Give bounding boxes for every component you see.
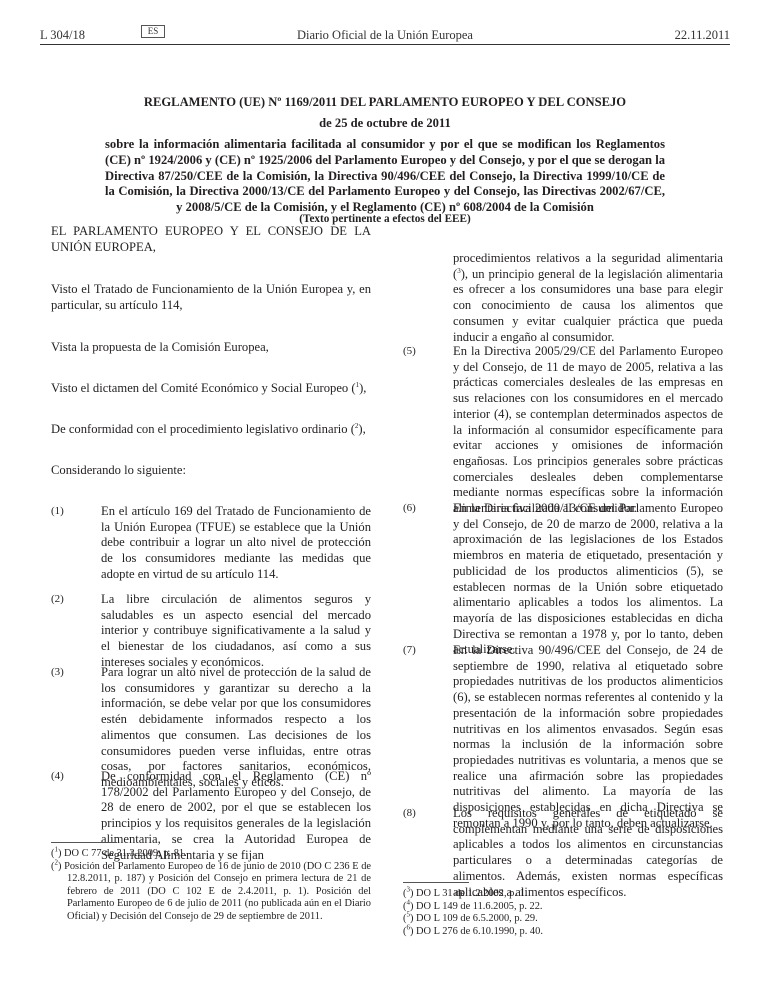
header-rule — [40, 44, 730, 45]
footnote-1: (1) DO C 77 de 31.3.2009, p. 81. — [51, 848, 371, 861]
recital-number: (5) — [403, 344, 416, 360]
recital-text: procedimientos relativos a la seguridad … — [453, 251, 723, 345]
regulation-subject: sobre la información alimentaria facilit… — [105, 137, 665, 216]
citation-considering: Considerando lo siguiente: — [51, 463, 371, 479]
recital-text: La libre circulación de alimentos seguro… — [101, 592, 371, 671]
recital-number: (1) — [51, 504, 64, 520]
preamble-authors: EL PARLAMENTO EUROPEO Y EL CONSEJO DE LA… — [51, 224, 371, 255]
recital-text: Los requisitos generales de etiquetado s… — [453, 806, 723, 900]
recital-number: (8) — [403, 806, 416, 822]
footnote-rule — [51, 842, 117, 843]
recital-number: (4) — [51, 769, 64, 785]
footnote-2: (2) Posición del Parlamento Europeo de 1… — [51, 861, 371, 924]
citation-procedure: De conformidad con el procedimiento legi… — [51, 422, 371, 438]
footnote-3: (3) DO L 31 de 1.2.2002, p. 1. — [403, 888, 723, 901]
citation-opinion: Visto el dictamen del Comité Económico y… — [51, 381, 371, 397]
footnote-rule — [403, 882, 469, 883]
regulation-title: REGLAMENTO (UE) Nº 1169/2011 DEL PARLAME… — [100, 95, 670, 110]
regulation-date: de 25 de octubre de 2011 — [100, 116, 670, 131]
recital-number: (6) — [403, 501, 416, 517]
footnote-4: (4) DO L 149 de 11.6.2005, p. 22. — [403, 901, 723, 914]
recital-text: En la Directiva 2000/13/CE del Parlament… — [453, 501, 723, 658]
citation-treaty: Visto el Tratado de Funcionamiento de la… — [51, 282, 371, 313]
footnote-6: (6) DO L 276 de 6.10.1990, p. 40. — [403, 926, 723, 939]
citation-proposal: Vista la propuesta de la Comisión Europe… — [51, 340, 371, 356]
recital-number: (7) — [403, 643, 416, 659]
recital-number: (2) — [51, 592, 64, 608]
recital-number: (3) — [51, 665, 64, 681]
footnote-5: (5) DO L 109 de 6.5.2000, p. 29. — [403, 913, 723, 926]
page-header: L 304/18 ES Diario Oficial de la Unión E… — [40, 22, 730, 46]
footnotes-left: (1) DO C 77 de 31.3.2009, p. 81. (2) Pos… — [51, 848, 371, 924]
recital-text: En el artículo 169 del Tratado de Funcio… — [101, 504, 371, 583]
recital-text: En la Directiva 2005/29/CE del Parlament… — [453, 344, 723, 517]
publication-date: 22.11.2011 — [675, 28, 730, 43]
footnotes-right: (3) DO L 31 de 1.2.2002, p. 1. (4) DO L … — [403, 888, 723, 938]
journal-title: Diario Oficial de la Unión Europea — [40, 28, 730, 43]
recital-text: En la Directiva 90/496/CEE del Consejo, … — [453, 643, 723, 831]
